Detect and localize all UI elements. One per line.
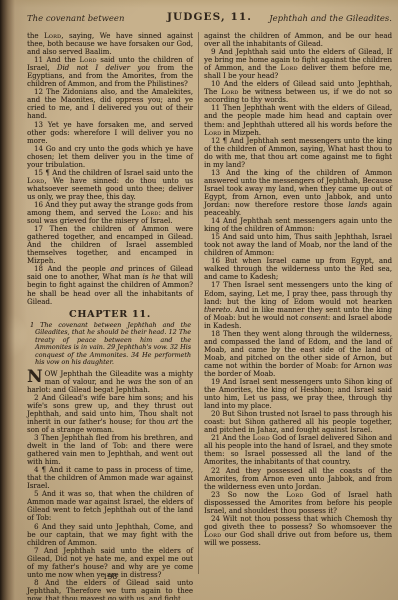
text-columns: the Lord, saying, We have sinned against…	[27, 32, 392, 574]
verse: 24 Wilt not thou possess that which Chem…	[204, 515, 392, 547]
right-column: against the children of Ammon, and be ou…	[204, 32, 392, 574]
verse: 21 And the Lord God of Israel delivered …	[204, 434, 392, 466]
verse: 13 Yet ye have forsaken me, and served o…	[27, 121, 193, 145]
bible-page: The covenant between JUDGES, 11. Jephtha…	[0, 0, 398, 600]
verse: 14 Go and cry unto the gods which ye hav…	[27, 145, 193, 169]
opening-verse: NOW Jephthah the Gileadite was a mighty …	[27, 370, 193, 394]
verse: 16 And they put away the strange gods fr…	[27, 201, 193, 225]
continuation-text: against the children of Ammon, and be ou…	[204, 32, 392, 48]
verse: 11 And the Lord said unto the children o…	[27, 56, 193, 88]
verse: 17 Then the children of Ammon were gathe…	[27, 225, 193, 265]
continuation-text: the Lord, saying, We have sinned against…	[27, 32, 193, 56]
page-number: 198	[27, 572, 193, 581]
verse: 16 But when Israel came up from Egypt, a…	[204, 257, 392, 281]
chapter-heading: CHAPTER 11.	[27, 311, 193, 319]
verse: 12 The Zidonians also, and the Amalekite…	[27, 88, 193, 120]
verse: 15 And said unto him, Thus saith Jephtha…	[204, 233, 392, 257]
running-head-right: Jephthah and the Gileadites.	[269, 14, 392, 24]
chapter-summary: 1 The covenant between Jephthah and the …	[27, 322, 193, 367]
verse: 20 But Sihon trusted not Israel to pass …	[204, 410, 392, 434]
verse: 17 Then Israel sent messengers unto the …	[204, 281, 392, 329]
verse: 10 And the elders of Gilead said unto Je…	[204, 80, 392, 104]
verse: 23 So now the Lord God of Israel hath di…	[204, 491, 392, 515]
verse: 15 ¶ And the children of Israel said unt…	[27, 169, 193, 201]
verse: 2 And Gilead's wife bare him sons; and h…	[27, 394, 193, 434]
verse: 19 And Israel sent messengers unto Sihon…	[204, 378, 392, 410]
verse: 6 And they said unto Jephthah, Come, and…	[27, 523, 193, 547]
running-head: The covenant between JUDGES, 11. Jephtha…	[27, 11, 392, 27]
verse: 18 Then they went along through the wild…	[204, 330, 392, 378]
verse: 18 And the people and princes of Gilead …	[27, 265, 193, 305]
verse: 13 And the king of the children of Ammon…	[204, 169, 392, 217]
column-divider-rule	[198, 32, 199, 574]
verse: 14 And Jephthah sent messengers again un…	[204, 217, 392, 233]
verse: 3 Then Jephthah fled from his brethren, …	[27, 434, 193, 466]
verse: 12 ¶ And Jephthah sent messengers unto t…	[204, 137, 392, 169]
verse: 8 And the elders of Gilead said unto Jep…	[27, 579, 193, 600]
left-column: the Lord, saying, We have sinned against…	[27, 32, 193, 574]
drop-cap: N	[27, 370, 43, 384]
verse: 4 ¶ And it came to pass in process of ti…	[27, 466, 193, 490]
verse: 11 Then Jephthah went with the elders of…	[204, 104, 392, 136]
verse: 5 And it was so, that when the children …	[27, 490, 193, 522]
verse: 22 And they possessed all the coasts of …	[204, 467, 392, 491]
verse: 9 And Jephthah said unto the elders of G…	[204, 48, 392, 80]
